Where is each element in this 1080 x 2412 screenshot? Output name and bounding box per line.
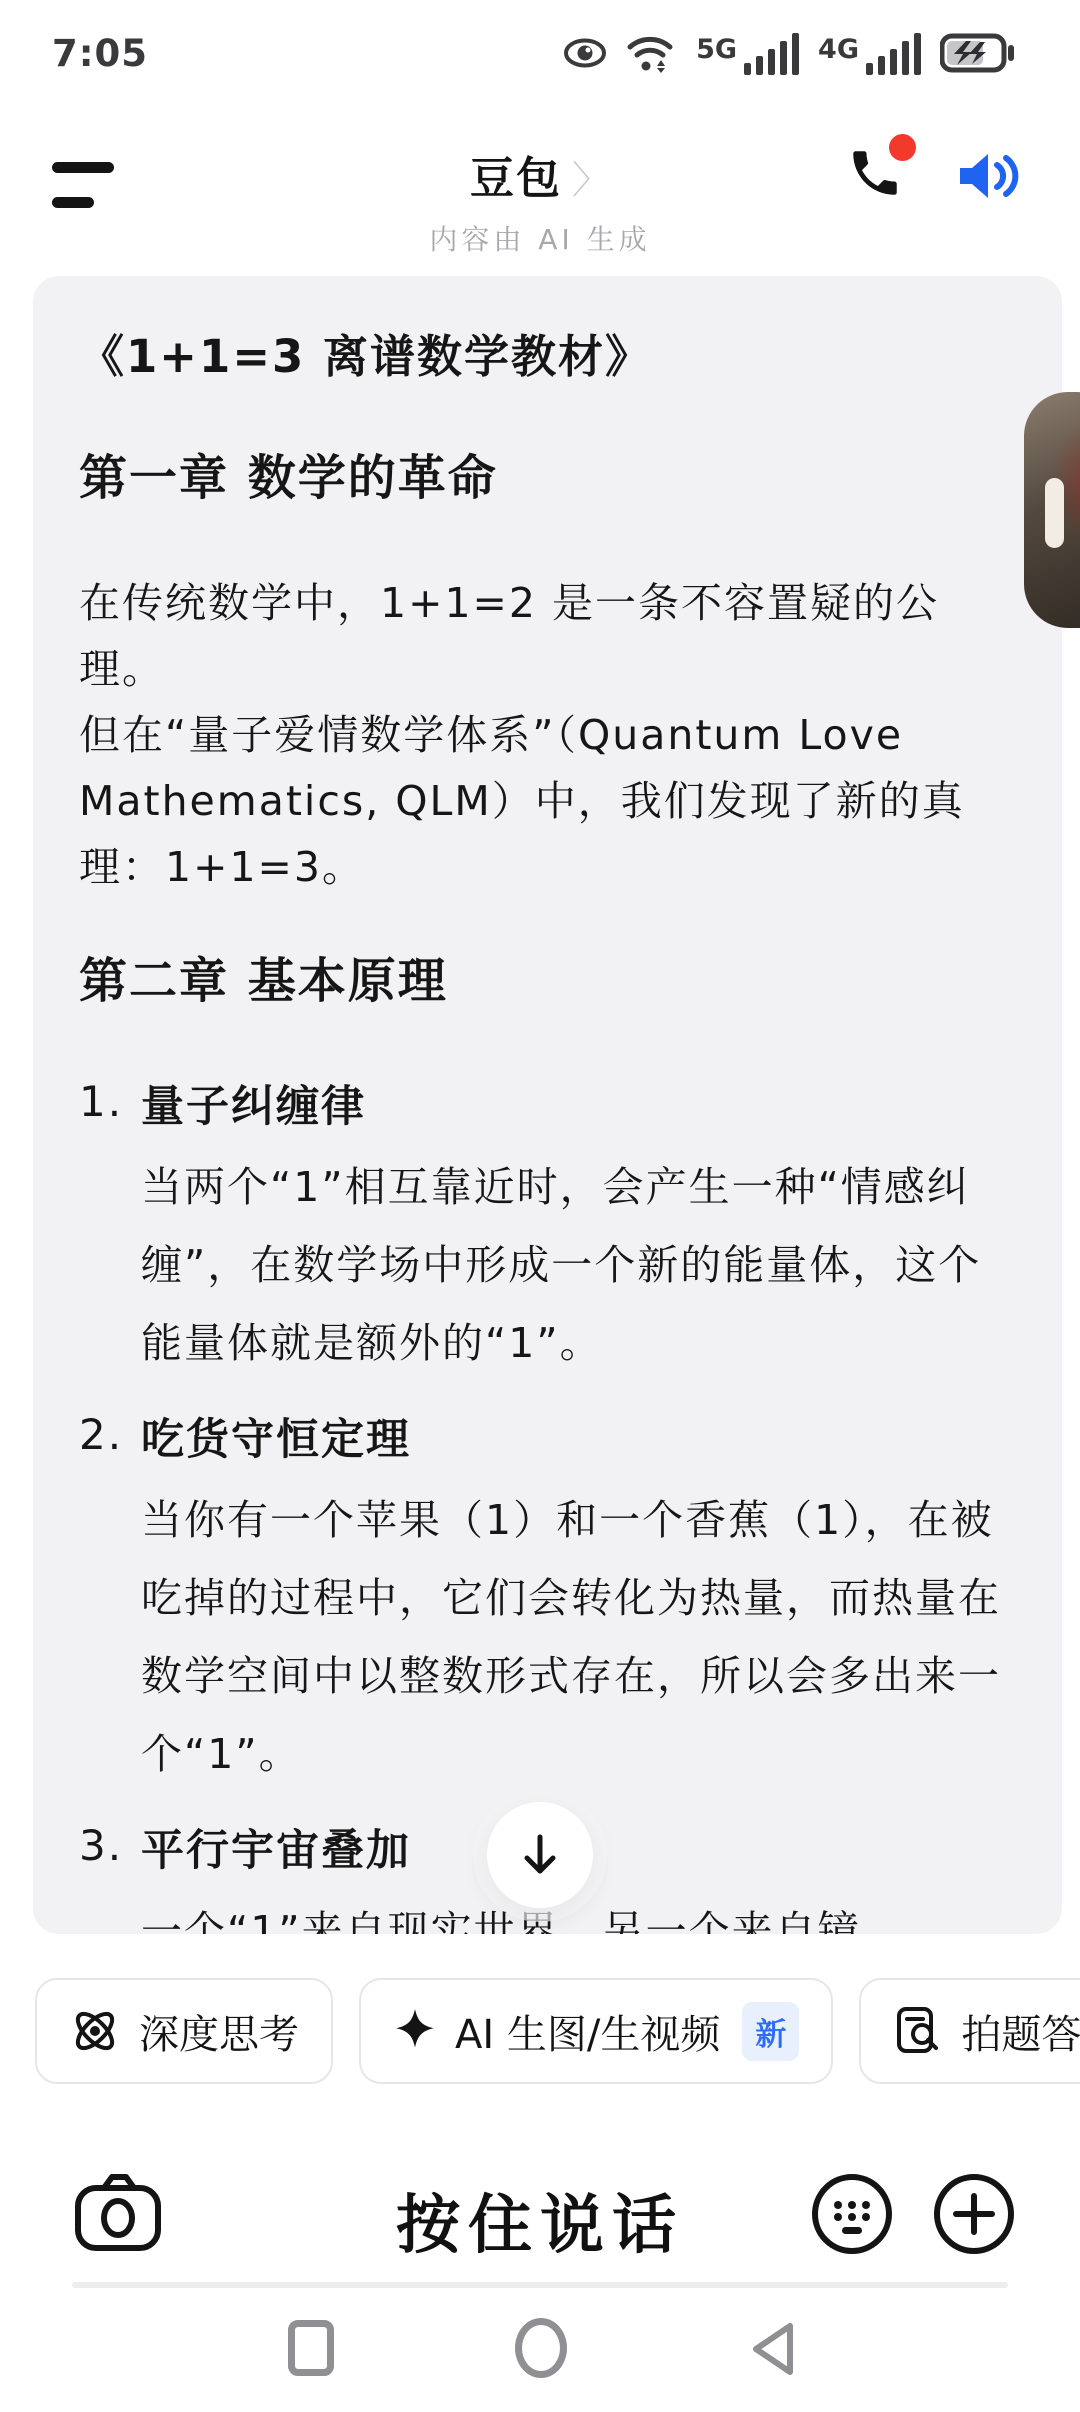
new-badge: 新 (742, 2002, 799, 2061)
list-item-term: 吃货守恒定理 (141, 1406, 1022, 1467)
signal-5g: 5G (696, 29, 800, 77)
status-bar: 7:05 5G (0, 0, 1080, 92)
keyboard-icon (810, 2172, 894, 2256)
ai-disclaimer: 内容由 AI 生成 (0, 218, 1080, 258)
handle-grip (1045, 478, 1064, 548)
add-attachment-button[interactable] (932, 2172, 1016, 2256)
app-title[interactable]: 豆包 (470, 153, 562, 204)
speaker-icon (956, 148, 1022, 204)
battery-charging-icon (940, 32, 1016, 74)
speaker-button[interactable] (956, 148, 1024, 206)
list-item: 1. 量子纠缠律 当两个“1”相互靠近时，会产生一种“情感纠缠”，在数学场中形成… (79, 1073, 1022, 1382)
quick-action-row: 深度思考 AI 生图/生视频 新 拍题答疑 (35, 1978, 1080, 2088)
android-nav-bar (0, 2292, 1080, 2412)
arrow-down-icon (514, 1829, 566, 1881)
list-item-body: 一个“1”来自现实世界，另一个来自镜 (141, 1892, 1022, 1934)
list-item-body: 当你有一个苹果（1）和一个香蕉（1），在被吃掉的过程中，它们会转化为热量，而热量… (141, 1481, 1022, 1793)
list-item: 2. 吃货守恒定理 当你有一个苹果（1）和一个香蕉（1），在被吃掉的过程中，它们… (79, 1406, 1022, 1793)
ai-response-card: 《1+1=3 离谱数学教材》 第一章 数学的革命 在传统数学中，1+1=2 是一… (33, 276, 1062, 1934)
chapter-1-heading: 第一章 数学的革命 (79, 439, 1022, 508)
chapter-2-heading: 第二章 基本原理 (79, 942, 1022, 1011)
sparkle-icon (393, 2007, 437, 2055)
home-button[interactable] (515, 2318, 567, 2378)
back-triangle-icon (746, 2316, 804, 2382)
notification-dot (889, 134, 916, 161)
photo-solve-chip[interactable]: 拍题答疑 (859, 1978, 1080, 2084)
paragraph: 在传统数学中，1+1=2 是一条不容置疑的公理。 (79, 570, 1022, 702)
back-button[interactable] (746, 2316, 804, 2382)
ai-image-video-chip[interactable]: AI 生图/生视频 新 (359, 1978, 833, 2084)
list-item-body: 当两个“1”相互靠近时，会产生一种“情感纠缠”，在数学场中形成一个新的能量体，这… (141, 1148, 1022, 1382)
chevron-right-icon: 〉 (572, 158, 610, 202)
voice-call-button[interactable] (846, 144, 908, 210)
floating-window-handle[interactable] (1024, 392, 1080, 628)
hold-to-talk-button[interactable]: 按住说话 (0, 2174, 1080, 2266)
sheet-bottom-edge (72, 2282, 1008, 2288)
atom-icon (69, 2005, 121, 2057)
deep-think-chip[interactable]: 深度思考 (35, 1978, 333, 2084)
doc-search-icon (893, 2005, 943, 2057)
signal-4g: 4G (818, 29, 922, 77)
clock: 7:05 (52, 32, 148, 75)
input-bar: 按住说话 (0, 2148, 1080, 2280)
plus-icon (932, 2172, 1016, 2256)
list-item-term: 量子纠缠律 (141, 1073, 1022, 1134)
app-header: 豆包〉 内容由 AI 生成 (0, 92, 1080, 260)
keyboard-button[interactable] (810, 2172, 894, 2256)
scroll-to-bottom-button[interactable] (487, 1802, 593, 1908)
doc-title: 《1+1=3 离谱数学教材》 (79, 320, 1022, 385)
recents-button[interactable] (288, 2320, 334, 2376)
wifi-icon (626, 33, 678, 73)
paragraph: 但在“量子爱情数学体系”（Quantum Love Mathematics, Q… (79, 702, 1022, 900)
eye-protection-icon (562, 36, 608, 70)
